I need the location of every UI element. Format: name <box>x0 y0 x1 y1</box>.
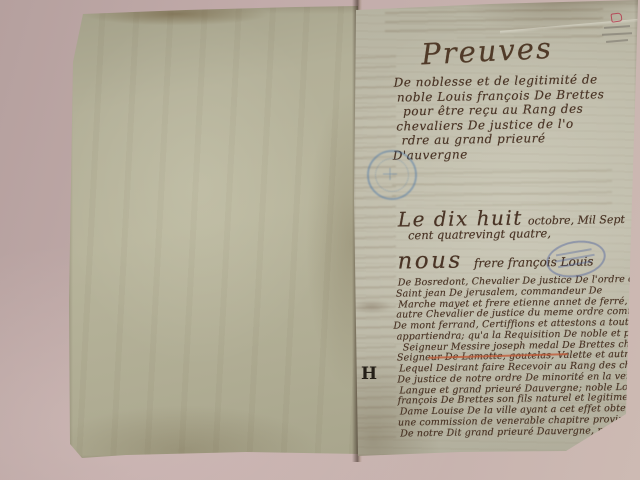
manuscript-photo: Preuves De noblesse et de legitimité den… <box>0 0 640 480</box>
left-page <box>66 2 362 464</box>
left-page-edge-shading <box>66 2 362 464</box>
circular-library-stamp-icon <box>367 150 417 200</box>
red-crayon-mark-icon <box>609 12 623 22</box>
manuscript-text-block: Preuves De noblesse et de legitimité den… <box>346 0 640 464</box>
manuscript-title: Preuves <box>420 31 553 72</box>
title-subtitle-lines: De noblesse et de legitimité denoble Lou… <box>394 72 606 163</box>
pencil-notation-icon <box>602 24 634 44</box>
manuscript-line: D'auvergne <box>393 145 606 163</box>
folio-letter: H <box>361 364 377 384</box>
right-page: Preuves De noblesse et de legitimité den… <box>350 0 640 462</box>
date-block: Le dix huit octobre, Mil Sept cent quatr… <box>398 204 626 243</box>
opening-word: nous <box>397 248 463 275</box>
date-line-2: cent quatrevingt quatre, <box>408 225 625 242</box>
